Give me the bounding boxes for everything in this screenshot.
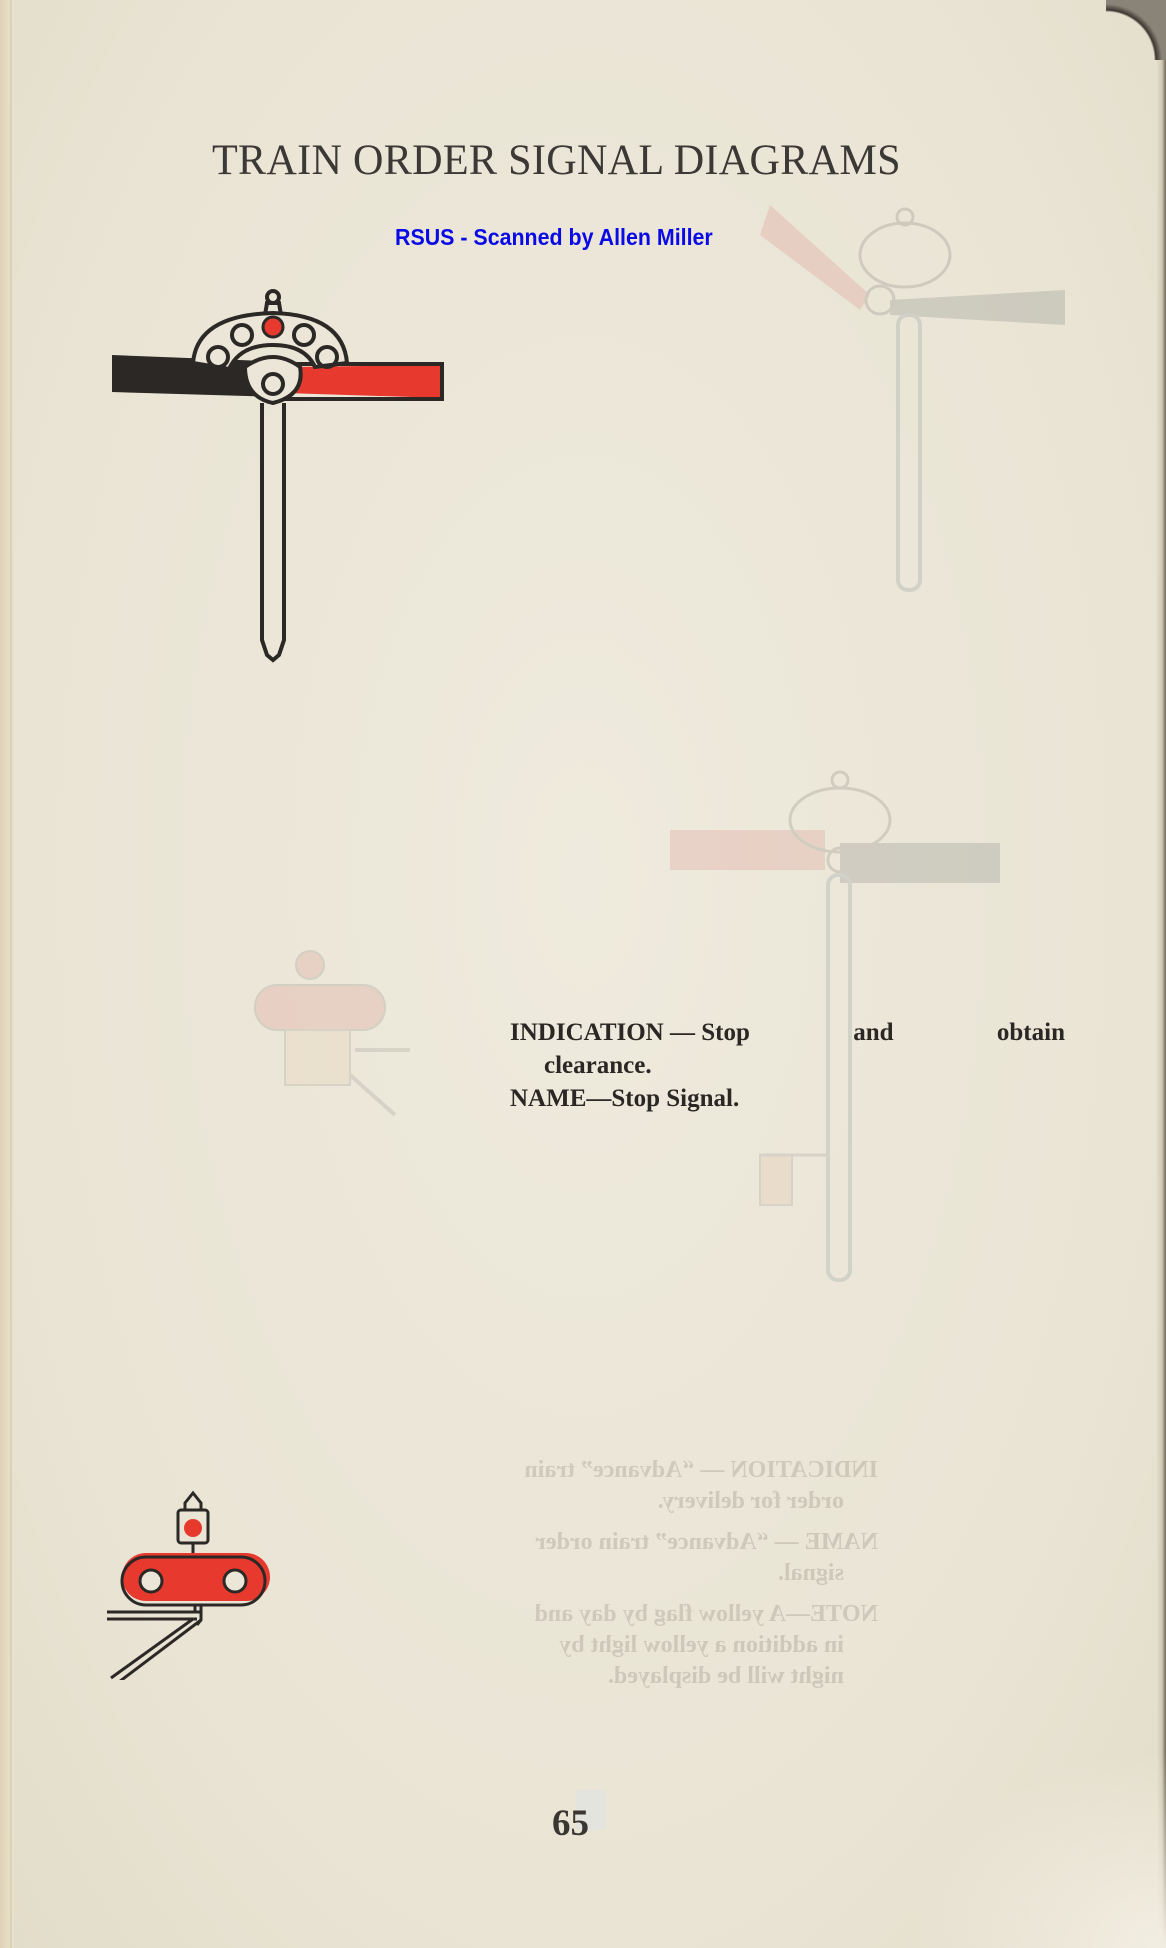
indication-block: INDICATION — Stop and obtain clearance. … (510, 1016, 1065, 1115)
semaphore-stop-signal-icon (105, 285, 450, 670)
indication-label: INDICATION (510, 1019, 664, 1046)
scanner-watermark: RSUS - Scanned by Allen Miller (395, 224, 713, 251)
indication-word: obtain (997, 1016, 1065, 1049)
indication-continuation: clearance. (510, 1049, 1065, 1082)
signal-name: NAME—Stop Signal. (510, 1082, 1065, 1115)
ghost-dwarf-signal-icon (250, 925, 420, 1120)
bleed-through-text: INDICATION — “Advance” train order for d… (318, 1455, 878, 1702)
page-corner (1106, 0, 1166, 60)
dwarf-signal-icon (105, 1485, 280, 1680)
binding-crease (10, 0, 12, 1948)
indication-word: and (853, 1016, 893, 1049)
indication-line: INDICATION — Stop and obtain (510, 1016, 1065, 1049)
page-number: 65 (552, 1802, 589, 1845)
page-corner-highlight (906, 1748, 1166, 1948)
book-page: TRAIN ORDER SIGNAL DIAGRAMS RSUS - Scann… (0, 0, 1166, 1948)
page-title: TRAIN ORDER SIGNAL DIAGRAMS (212, 136, 957, 185)
indication-dash: — (670, 1019, 695, 1046)
page-edge (1156, 0, 1166, 1948)
ghost-semaphore-top-icon (750, 195, 1070, 595)
indication-word: Stop (701, 1019, 750, 1046)
